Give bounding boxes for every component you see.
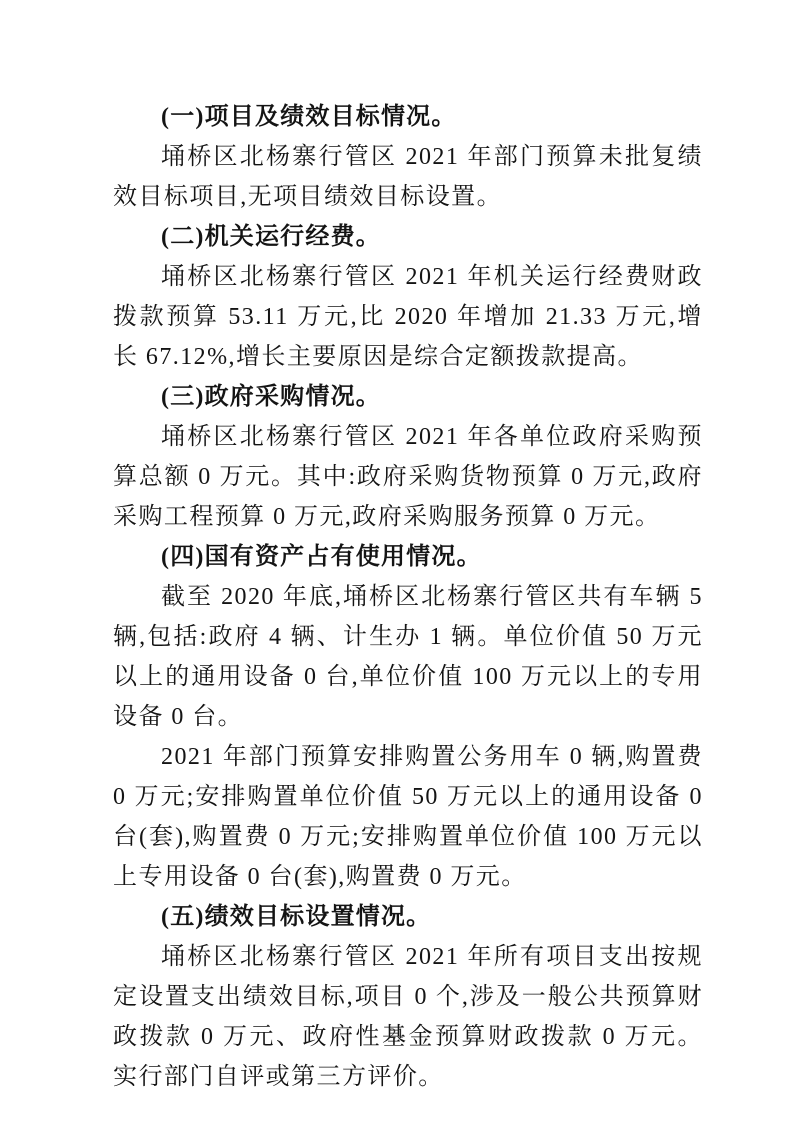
section-3-paragraph-1: 埇桥区北杨寨行管区 2021 年各单位政府采购预算总额 0 万元。其中:政府采购… <box>113 417 703 537</box>
section-4-paragraph-2: 2021 年部门预算安排购置公务用车 0 辆,购置费 0 万元;安排购置单位价值… <box>113 737 703 897</box>
section-project-performance-targets: (一)项目及绩效目标情况。 埇桥区北杨寨行管区 2021 年部门预算未批复绩效目… <box>113 97 703 217</box>
section-4-paragraph-1: 截至 2020 年底,埇桥区北杨寨行管区共有车辆 5 辆,包括:政府 4 辆、计… <box>113 577 703 737</box>
section-state-owned-assets: (四)国有资产占有使用情况。 截至 2020 年底,埇桥区北杨寨行管区共有车辆 … <box>113 537 703 897</box>
section-4-heading: (四)国有资产占有使用情况。 <box>113 537 703 577</box>
page-number: 21 <box>0 1026 793 1043</box>
section-government-procurement: (三)政府采购情况。 埇桥区北杨寨行管区 2021 年各单位政府采购预算总额 0… <box>113 377 703 537</box>
section-1-heading: (一)项目及绩效目标情况。 <box>113 97 703 137</box>
document-page: (一)项目及绩效目标情况。 埇桥区北杨寨行管区 2021 年部门预算未批复绩效目… <box>0 0 793 1122</box>
document-body: (一)项目及绩效目标情况。 埇桥区北杨寨行管区 2021 年部门预算未批复绩效目… <box>113 97 703 1097</box>
section-performance-target-setting: (五)绩效目标设置情况。 埇桥区北杨寨行管区 2021 年所有项目支出按规定设置… <box>113 897 703 1097</box>
section-3-heading: (三)政府采购情况。 <box>113 377 703 417</box>
section-5-heading: (五)绩效目标设置情况。 <box>113 897 703 937</box>
section-2-paragraph-1: 埇桥区北杨寨行管区 2021 年机关运行经费财政拨款预算 53.11 万元,比 … <box>113 257 703 377</box>
section-1-paragraph-1: 埇桥区北杨寨行管区 2021 年部门预算未批复绩效目标项目,无项目绩效目标设置。 <box>113 137 703 217</box>
section-2-heading: (二)机关运行经费。 <box>113 217 703 257</box>
section-5-paragraph-1: 埇桥区北杨寨行管区 2021 年所有项目支出按规定设置支出绩效目标,项目 0 个… <box>113 937 703 1097</box>
section-agency-operating-expenses: (二)机关运行经费。 埇桥区北杨寨行管区 2021 年机关运行经费财政拨款预算 … <box>113 217 703 377</box>
